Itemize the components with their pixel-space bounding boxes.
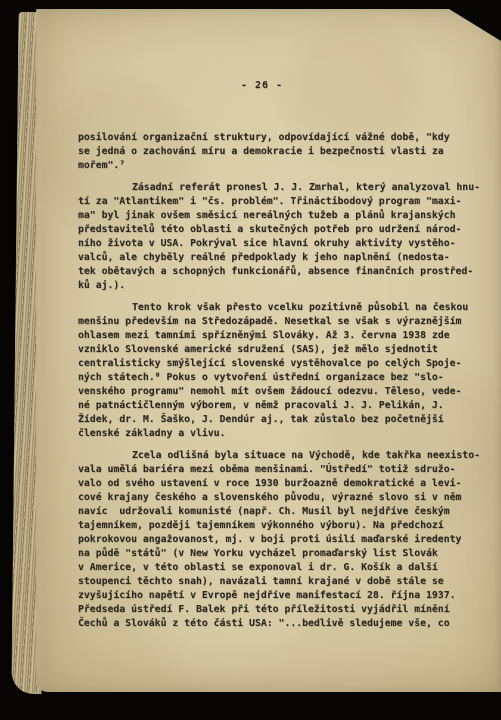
text-line: venského programu" nemohl mít ovšem žádo… xyxy=(78,385,480,399)
text-line: vzniklo Slovenské americké sdružení (SAS… xyxy=(78,343,480,357)
text-line: valo od svého ustavení v roce 1930 buržo… xyxy=(78,477,480,491)
corner-shadow xyxy=(449,9,501,41)
paragraph: Zásadní referát pronesl J. J. Zmrhal, kt… xyxy=(78,181,480,293)
text-line: mořem".⁷ xyxy=(78,159,480,173)
text-line: posilování organizační struktury, odpoví… xyxy=(78,131,480,145)
text-line: ků aj.). xyxy=(78,279,480,293)
text-line: né patnáctičlenným výborem, v němž praco… xyxy=(78,399,480,413)
text-line: ma" byl jinak ovšem směsicí nereálných t… xyxy=(78,209,480,223)
text-line: Zásadní referát pronesl J. J. Zmrhal, kt… xyxy=(78,181,480,195)
text-line: valců, ale chyběly reálné předpoklady k … xyxy=(78,251,480,265)
text-line: menšinu především na Středozápadě. Neset… xyxy=(78,315,480,329)
text-line: navíc udržovali komunisté (např. Ch. Mus… xyxy=(78,505,480,519)
book-scan: - 26 - posilování organizační struktury,… xyxy=(0,0,501,720)
text-line: ohlasem mezi tamními spřízněnými Slováky… xyxy=(78,329,480,343)
text-block: posilování organizační struktury, odpoví… xyxy=(78,131,480,631)
text-line: v Americe, v této oblasti se exponoval i… xyxy=(78,561,480,575)
text-line: tí za "Atlantikem" i "čs. problém". Třin… xyxy=(78,195,480,209)
text-line: tajemníkem, později tajemníkem výkonného… xyxy=(78,519,480,533)
text-line: centralisticky smýšlející slovenské vyst… xyxy=(78,357,480,371)
text-line: tek obětavých a schopných funkcionářů, a… xyxy=(78,265,480,279)
paragraph: Tento krok však přesto vcelku pozitivně … xyxy=(78,301,480,441)
text-line: ního života v USA. Pokrýval sice hlavní … xyxy=(78,237,480,251)
text-line: vala umělá bariéra mezi oběma menšinami.… xyxy=(78,463,480,477)
text-line: na půdě "států" (v New Yorku vycházel pr… xyxy=(78,547,480,561)
page-number: - 26 - xyxy=(222,80,302,91)
text-line: Tento krok však přesto vcelku pozitivně … xyxy=(78,301,480,315)
text-line: zvyšujícího napětí v Evropě nejdříve man… xyxy=(78,589,480,603)
text-line: Zcela odlišná byla situace na Východě, k… xyxy=(78,449,480,463)
text-line: cové krajany českého a slovenského původ… xyxy=(78,491,480,505)
text-line: Žídek, dr. M. Šaško, J. Dendúr aj., tak … xyxy=(78,413,480,427)
text-line: Čechů a Slováků z této části USA: "...be… xyxy=(78,617,480,631)
text-line: stoupenci těchto snah), navázali tamní k… xyxy=(78,575,480,589)
text-line: ných státech.⁸ Pokus o vytvoření ústředn… xyxy=(78,371,480,385)
text-line: se jedná o zachování míru a demokracie i… xyxy=(78,145,480,159)
text-line: představitelů této oblasti a skutečných … xyxy=(78,223,480,237)
text-line: Předseda ústředí F. Balek při této příle… xyxy=(78,603,480,617)
text-line: členské základny a vlivu. xyxy=(78,427,480,441)
book-page: - 26 - posilování organizační struktury,… xyxy=(36,9,501,692)
paragraph: posilování organizační struktury, odpoví… xyxy=(78,131,480,173)
paragraph: Zcela odlišná byla situace na Východě, k… xyxy=(78,449,480,631)
text-line: pokrokovou angažovanost, mj. v boji prot… xyxy=(78,533,480,547)
